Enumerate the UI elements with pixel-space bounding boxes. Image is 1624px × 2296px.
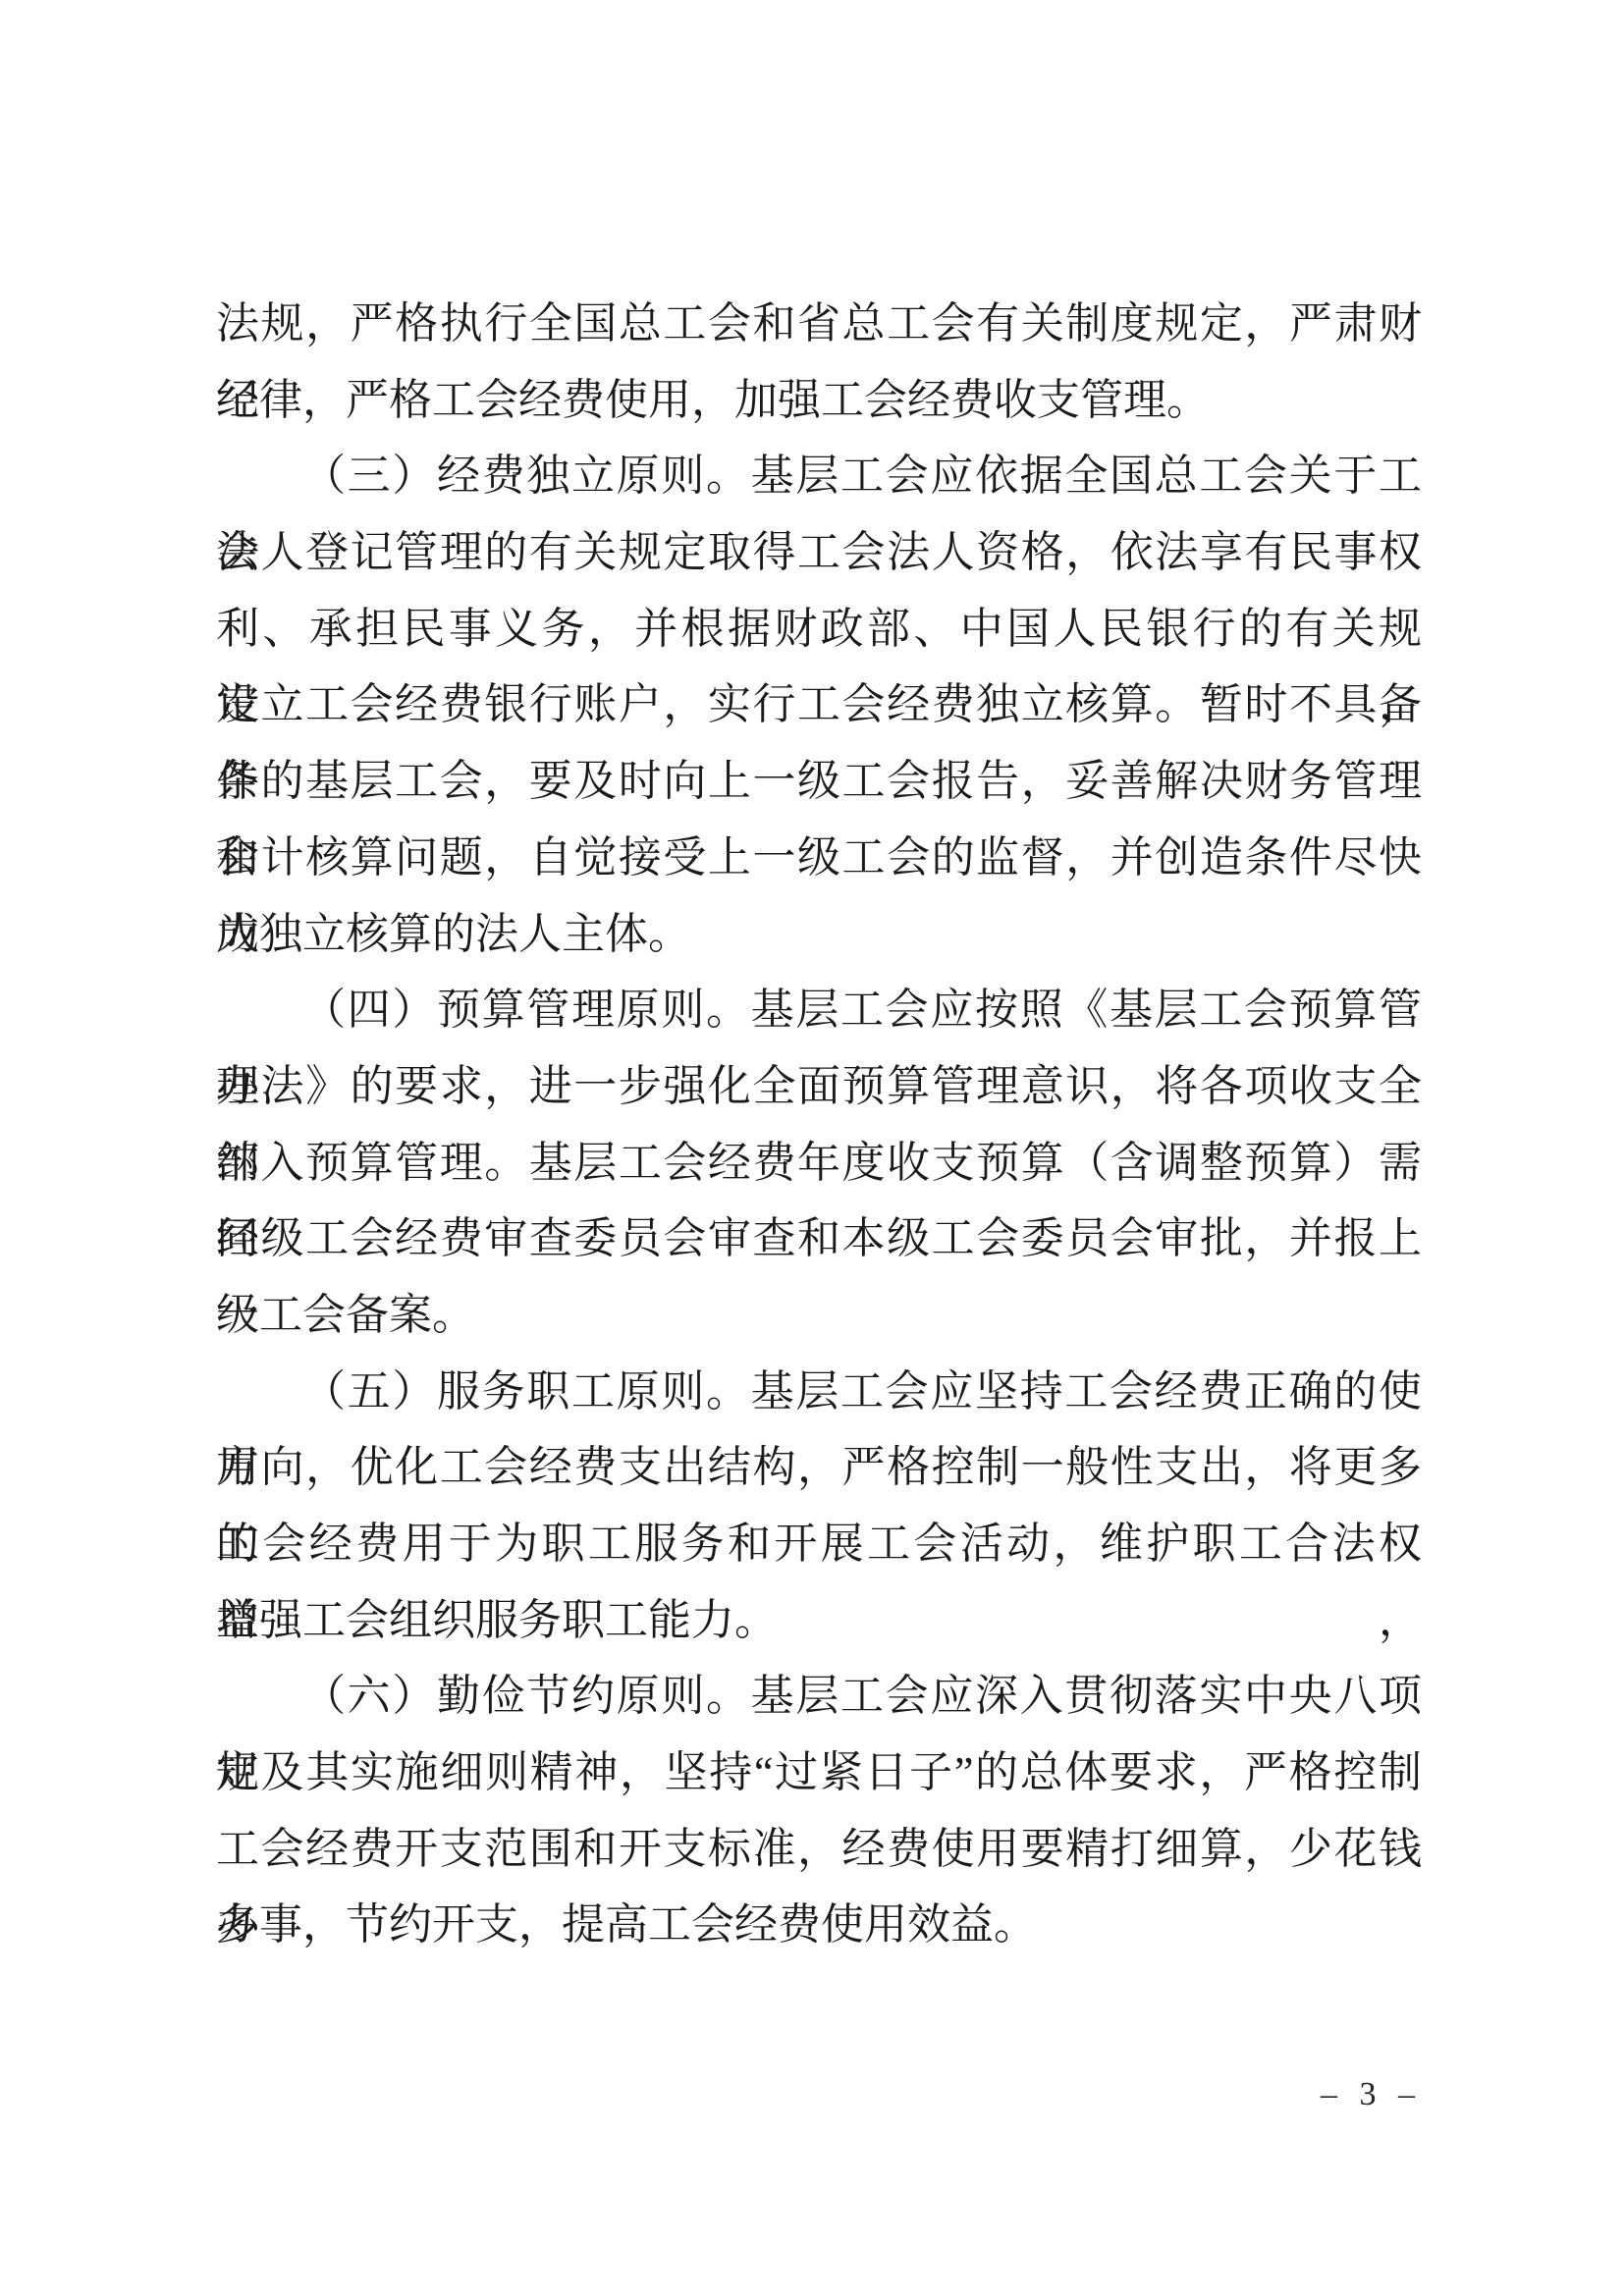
text-line: 法人登记管理的有关规定取得工会法人资格，依法享有民事权 <box>216 514 1422 591</box>
text-line: 级工会备案。 <box>216 1277 1422 1354</box>
text-line: 办事，节约开支，提高工会经费使用效益。 <box>216 1887 1422 1963</box>
text-line: 为独立核算的法人主体。 <box>216 896 1422 973</box>
text-line: 同级工会经费审查委员会审查和本级工会委员会审批，并报上一 <box>216 1201 1422 1277</box>
document-page: 法规，严格执行全国总工会和省总工会有关制度规定，严肃财经纪律，严格工会经费使用，… <box>0 0 1624 2296</box>
text-line: 定及其实施细则精神，坚持“过紧日子”的总体要求，严格控制 <box>216 1735 1422 1811</box>
text-line: 法规，严格执行全国总工会和省总工会有关制度规定，严肃财经 <box>216 286 1422 362</box>
text-line: 纪律，严格工会经费使用，加强工会经费收支管理。 <box>216 362 1422 439</box>
text-line: （六）勤俭节约原则。基层工会应深入贯彻落实中央八项规 <box>216 1658 1422 1735</box>
text-line: （五）服务职工原则。基层工会应坚持工会经费正确的使用 <box>216 1354 1422 1430</box>
text-line: 方向，优化工会经费支出结构，严格控制一般性支出，将更多的 <box>216 1429 1422 1506</box>
text-line: 纳入预算管理。基层工会经费年度收支预算（含调整预算）需经 <box>216 1125 1422 1201</box>
text-line: （四）预算管理原则。基层工会应按照《基层工会预算管理 <box>216 972 1422 1048</box>
text-line: 工会经费用于为职工服务和开展工会活动，维护职工合法权益， <box>216 1506 1422 1582</box>
text-line: （三）经费独立原则。基层工会应依据全国总工会关于工会 <box>216 438 1422 514</box>
text-line: 会计核算问题，自觉接受上一级工会的监督，并创造条件尽快成 <box>216 820 1422 896</box>
text-line: 办法》的要求，进一步强化全面预算管理意识，将各项收支全部 <box>216 1048 1422 1125</box>
text-line: 设立工会经费银行账户，实行工会经费独立核算。暂时不具备条 <box>216 667 1422 743</box>
document-body: 法规，严格执行全国总工会和省总工会有关制度规定，严肃财经纪律，严格工会经费使用，… <box>216 286 1422 1963</box>
text-line: 件的基层工会，要及时向上一级工会报告，妥善解决财务管理和 <box>216 743 1422 820</box>
text-line: 利、承担民事义务，并根据财政部、中国人民银行的有关规定， <box>216 591 1422 667</box>
text-line: 工会经费开支范围和开支标准，经费使用要精打细算，少花钱多 <box>216 1811 1422 1888</box>
page-number: – 3 – <box>1321 2073 1422 2116</box>
